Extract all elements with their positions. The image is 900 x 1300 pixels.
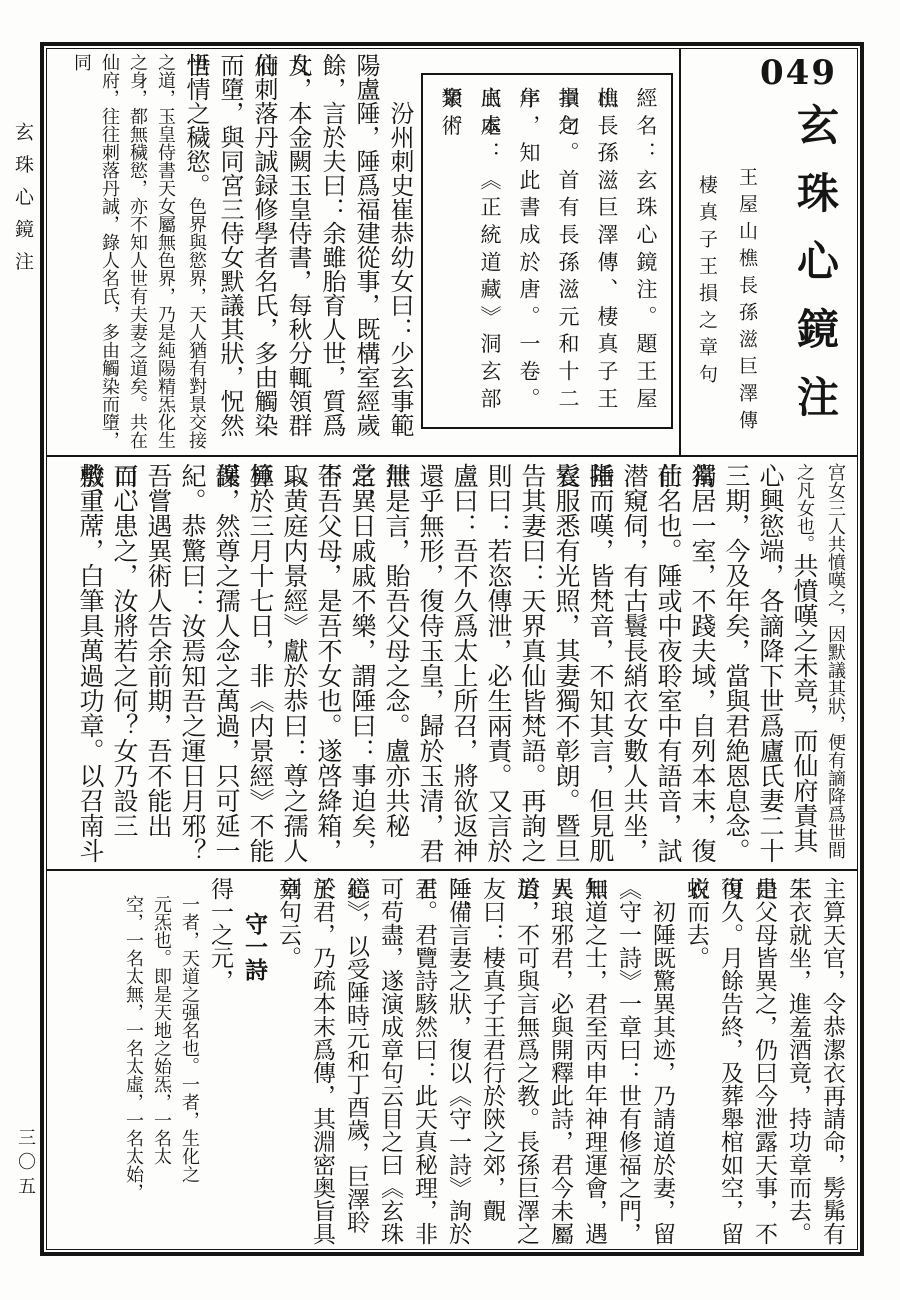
text-run: 護，然尊之孺人念之萬過，只可延一 <box>212 463 241 863</box>
text-column: 道，不可與言無爲之教。長孫巨澤之 <box>509 877 543 1245</box>
bottom-section-columns: 主算天官，令恭潔衣再請命，髣髴有三朱衣就坐，進羞酒竟，持功章而去。由是父母皆異之… <box>53 877 849 1245</box>
text-column: 蜕而去。 <box>679 877 713 1245</box>
text-run: 衣服悉有光照，其妻獨不彰朗。暨旦 <box>552 463 581 863</box>
text-column: 潜窺伺，有古鬟長綃衣女數人共坐，指 <box>617 463 651 863</box>
text-column: 心興慾端，各謫降下世爲廬氏妻二十 <box>753 463 787 863</box>
text-column: 府刺落丹誠録修學者名氏，多由觸染 <box>247 53 281 449</box>
folio-page-number: 三〇五 <box>12 1128 38 1201</box>
text-column: 常異日戚戚不樂，謂陲曰：事迫矣，不 <box>345 463 379 863</box>
text-column: 王君，乃疏本末爲傳，其淵密奥旨具列 <box>305 877 339 1245</box>
text-column: 得一之元， <box>203 877 237 1245</box>
serial-number: 049 <box>760 53 837 93</box>
text-column: 女，本金闕玉皇侍書，每秋分輒領群仙 <box>281 53 315 449</box>
middle-section-columns: 宫女三人共憤嘆之，因默議其狀，便有謫降爲世間之凡女也。共憤嘆之未竟，而仙府責其心… <box>53 463 849 863</box>
outer-border-frame: 049 玄珠心鏡注 王屋山樵長孫滋巨澤傳 棲真子王損之章句 經名：玄珠心鏡注。題… <box>40 42 864 1256</box>
text-run: 心興慾端，各謫降下世爲廬氏妻二十 <box>756 463 785 863</box>
text-column: 告其妻曰：天界真仙皆梵語。再詢之 <box>515 463 549 863</box>
text-run: 之道，玉皇侍書天女屬無色界，乃是純陽精炁化生 <box>155 53 176 449</box>
text-column: 告吾父母，是吾不女也。遂啓絳箱，取 <box>311 463 345 863</box>
text-column: 獨居一室，不踐夫域，自列本末，復仕 <box>685 463 719 863</box>
text-run: 汾州刺史崔恭幼女曰：少玄事範 <box>386 101 414 437</box>
text-run: 之身，都無穢慾，亦不知人世有夫妻之道矣。共在 <box>127 53 148 449</box>
text-run: 君。君覽詩駭然曰：此天真秘理，非 <box>411 877 437 1245</box>
text-run: 色界與慾界，天人猶有對景交接 <box>186 197 207 449</box>
text-column: 君。君覽詩駭然曰：此天真秘理，非 <box>407 877 441 1245</box>
abstract-columns: 經名：玄珠心鏡注。題王屋山樵長孫滋巨澤傳、棲真子王損之章句。首有長孫滋元和十二年… <box>429 87 665 415</box>
poem-heading: 守一詩 <box>237 877 271 1245</box>
text-run: 元炁也。即是天地之始炁，一名太 <box>151 895 172 1165</box>
text-run: 蜕而去。 <box>683 877 709 969</box>
text-run: 府刺落丹誠録修學者名氏，多由觸染 <box>250 53 278 437</box>
text-column: 汾州刺史崔恭幼女曰：少玄事範 <box>383 53 417 449</box>
attribution-line-1: 王屋山樵長孫滋巨澤傳 <box>734 167 761 437</box>
text-column: 《黄庭内景經》獻於恭曰：尊之孺人算 <box>277 463 311 863</box>
text-column: 陲備言妻之狀，復以《守一詩》詢於王 <box>441 877 475 1245</box>
text-column: 主算天官，令恭潔衣再請命，髣髴有三 <box>815 877 849 1245</box>
text-column: 吾嘗遇異術人告余前期，吾不能出口， <box>141 463 175 863</box>
text-column: 前名也。陲或中夜聆室中有語音，試 <box>651 463 685 863</box>
text-column: 仙府，往往刺落丹誠，錄人名氏，多由觸染而墮，同 <box>95 53 123 449</box>
text-column: 護，然尊之孺人念之萬過，只可延一 <box>209 463 243 863</box>
text-column: 復久。月餘告終，及葬舉棺如空，留衣 <box>713 877 747 1245</box>
text-column: 而墮，與同宮三侍女默議其狀，怳然悟 <box>213 53 247 449</box>
text-column: 元炁也。即是天地之始炁，一名太 <box>147 877 175 1245</box>
text-column: 之凡女也。共憤嘆之未竟，而仙府責其 <box>787 463 821 863</box>
abstract-column: 章句。首有長孫滋元和十二年 <box>548 87 587 415</box>
text-run: 敷重蓆，白筆具萬過功章。以召南斗 <box>76 463 105 863</box>
text-column: 衣服悉有光照，其妻獨不彰朗。暨旦 <box>549 463 583 863</box>
text-column: 朱衣就坐，進羞酒竟，持功章而去。由 <box>781 877 815 1245</box>
abstract-column: 經名：玄珠心鏡注。題王屋山 <box>626 87 665 415</box>
text-column: 敷重蓆，白筆具萬過功章。以召南斗 <box>73 463 107 863</box>
text-column: 人琅邪君，必與開釋此詩，君今未屬於 <box>543 877 577 1245</box>
text-column: 餘，言於夫曰：余雖胎育人世，質爲凡 <box>315 53 349 449</box>
register-top: 049 玄珠心鏡注 王屋山樵長孫滋巨澤傳 棲真子王損之章句 經名：玄珠心鏡注。題… <box>47 49 857 457</box>
text-column: 三期，今及年矣，當與君絶恩息念。常 <box>719 463 753 863</box>
text-run: 則曰：若恣傳泄，必生兩責。又言於 <box>484 463 513 863</box>
spine-title-label: 玄珠心鏡注 <box>10 122 37 284</box>
text-column: 泄是言，貽吾父母之念。盧亦共秘之， <box>379 463 413 863</box>
register-bottom: 主算天官，令恭潔衣再請命，髣髴有三朱衣就坐，進羞酒竟，持功章而去。由是父母皆異之… <box>47 871 857 1249</box>
abstract-column: 序，知此書成於唐。一卷。底本 <box>509 87 548 415</box>
text-column: 陽盧陲，陲爲福建從事，既構室經歲 <box>349 53 383 449</box>
text-column: 極於三月十七日，非《内景經》不能保 <box>243 463 277 863</box>
text-column: 章句云。 <box>271 877 305 1245</box>
text-column: 之道，玉皇侍書天女屬無色界，乃是純陽精炁化生 <box>151 53 179 449</box>
text-column: 而心患之，汝將若之何？女乃設三機， <box>107 463 141 863</box>
text-column: 可苟盡，遂演成章句云目之曰《玄珠心 <box>373 877 407 1245</box>
abstract-column: 樵長孫滋巨澤傳、棲真子王損之 <box>587 87 626 415</box>
top-section-columns: 汾州刺史崔恭幼女曰：少玄事範陽盧陲，陲爲福建從事，既構室經歲餘，言於夫曰：余雖胎… <box>53 53 417 449</box>
title-area: 049 玄珠心鏡注 王屋山樵長孫滋巨澤傳 棲真子王損之章句 <box>679 49 857 455</box>
text-column: 還乎無形，復侍玉皇，歸於玉清，君無 <box>413 463 447 863</box>
text-column: 盧曰：吾不久爲太上所召，將欲返神 <box>447 463 481 863</box>
abstract-box: 經名：玄珠心鏡注。題王屋山樵長孫滋巨澤傳、棲真子王損之章句。首有長孫滋元和十二年… <box>421 73 673 429</box>
text-column: 陲而嘆，皆梵音，不知其言，但見肌髮 <box>583 463 617 863</box>
scanned-book-page: 玄珠心鏡注 三〇五 049 玄珠心鏡注 王屋山樵長孫滋巨澤傳 棲真子王損之章句 … <box>0 0 900 1300</box>
text-column: 友曰：棲真子王君行於陝之郊，覿陲， <box>475 877 509 1245</box>
text-column: 之身，都無穢慾，亦不知人世有夫妻之道矣。共在 <box>123 53 151 449</box>
text-run: 紀。恭驚曰：汝焉知吾之運日月邪？ <box>178 463 207 863</box>
text-run: 盧曰：吾不久爲太上所召，將欲返神 <box>450 463 479 863</box>
text-column: 宫女三人共憤嘆之，因默議其狀，便有謫降爲世間 <box>821 463 849 863</box>
text-column: 空，一名太無，一名太虛，一名太始， <box>119 877 147 1245</box>
text-run: 前名也。陲或中夜聆室中有語音，試 <box>654 463 683 863</box>
text-column: 則曰：若恣傳泄，必生兩責。又言於 <box>481 463 515 863</box>
text-run: 共憤嘆之未竟，而仙府責其 <box>790 553 819 853</box>
text-run: 章句云。 <box>275 877 301 969</box>
text-run: 道，不可與言無爲之教。長孫巨澤之 <box>513 877 539 1245</box>
text-run: 守一詩 <box>241 912 268 981</box>
text-column: 紀。恭驚曰：汝焉知吾之運日月邪？ <box>175 463 209 863</box>
text-column: 《守一詩》一章曰：世有修福之門，無 <box>611 877 645 1245</box>
text-run: 告其妻曰：天界真仙皆梵語。再詢之 <box>518 463 547 863</box>
text-column: 鏡》，以受陲時元和丁酉歲，巨澤聆於 <box>339 877 373 1245</box>
text-run: 陽盧陲，陲爲福建從事，既構室經歲 <box>352 53 380 437</box>
text-run: 初陲既驚異其迹，乃請道於妻，留 <box>649 900 675 1245</box>
text-run: 之凡女也。 <box>794 463 815 553</box>
page-title: 玄珠心鏡注 <box>785 103 845 443</box>
text-run: 仙府，往往刺落丹誠，錄人名氏，多由觸染而墮，同 <box>71 53 120 449</box>
text-run: 宫女三人共憤嘆之，因默議其狀，便有謫降爲世間 <box>825 463 846 859</box>
abstract-column: 類。 <box>431 87 470 415</box>
text-run: 得一之元， <box>207 877 233 992</box>
text-column: 初陲既驚異其迹，乃請道於妻，留 <box>645 877 679 1245</box>
text-run: 一者，天道之强名也。一者，生化之 <box>179 895 200 1183</box>
inner-border-frame: 049 玄珠心鏡注 王屋山樵長孫滋巨澤傳 棲真子王損之章句 經名：玄珠心鏡注。題… <box>46 48 858 1250</box>
text-run: 空，一名太無，一名太虛，一名太始， <box>123 895 144 1201</box>
register-middle: 宫女三人共憤嘆之，因默議其狀，便有謫降爲世間之凡女也。共憤嘆之未竟，而仙府責其心… <box>47 457 857 871</box>
text-run: 世情之穢慾。 <box>182 53 210 197</box>
text-column: 世情之穢慾。色界與慾界，天人猶有對景交接 <box>179 53 213 449</box>
text-column: 一者，天道之强名也。一者，生化之 <box>175 877 203 1245</box>
attribution-line-2: 棲真子王損之章句 <box>694 175 721 391</box>
text-column: 是父母皆異之，仍曰今泄露天事，不可 <box>747 877 781 1245</box>
abstract-column: 出處：《正統道藏》洞玄部衆術 <box>470 87 509 415</box>
text-column: 知道之士，君至丙申年神理運會，遇異 <box>577 877 611 1245</box>
